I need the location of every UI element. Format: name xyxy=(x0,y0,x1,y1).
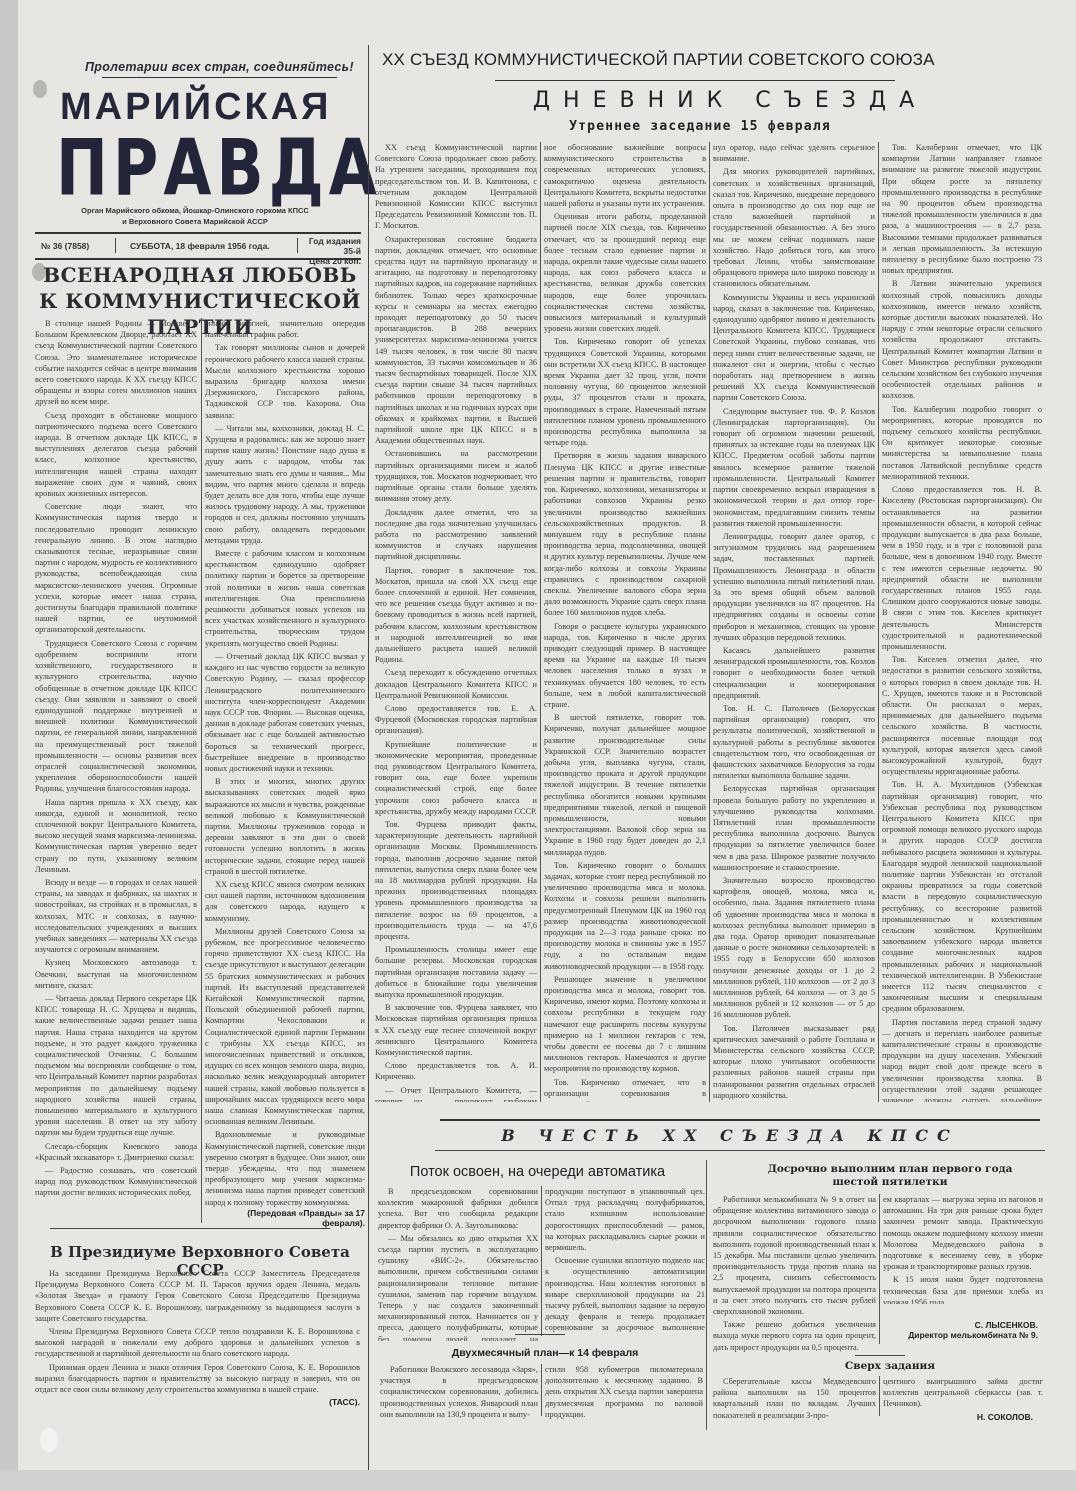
paragraph: Слово предоставляется тов. Н. В. Киселев… xyxy=(882,484,1042,652)
newspaper-title-main: ПРАВДА xyxy=(56,122,382,213)
paragraph: продукции поступают в упаковочный цех. О… xyxy=(545,1186,705,1253)
paragraph: ное обоснование важнейшие вопросы коммун… xyxy=(544,142,706,209)
congress-header-rule xyxy=(495,80,895,81)
title-line-1: Досрочно выполним план первого года xyxy=(705,1163,1075,1176)
sverh-article-title: Сверх задания xyxy=(705,1360,1075,1372)
paragraph: енной энергией, значительно опередив нам… xyxy=(205,318,365,340)
column-divider xyxy=(541,1186,542,1336)
paragraph: — Читали мы, колхозники, доклад Н. С. Хр… xyxy=(205,423,365,546)
paragraph: Вдохновляемые и руководимые Коммунистиче… xyxy=(205,1129,365,1207)
paragraph: В Латвии значительно укрепился колхозный… xyxy=(882,278,1042,401)
congress-column-2: ное обоснование важнейшие вопросы коммун… xyxy=(544,142,706,1102)
divider xyxy=(115,238,116,253)
paragraph: Коммунисты Украины и весь украинский нар… xyxy=(713,292,875,404)
issue-number: № 36 (7858) xyxy=(41,241,89,251)
potok-column-1: В предсъездовском соревновании коллектив… xyxy=(378,1186,538,1341)
column-divider xyxy=(879,1194,880,1344)
paragraph: Ленинградцы, говорит далее оратор, с энт… xyxy=(713,531,875,643)
potok-article-title: Поток освоен, на очереди автоматика xyxy=(375,1164,700,1180)
paragraph: Сберегательные кассы Медведевского район… xyxy=(713,1376,876,1421)
paragraph: Говоря о расцвете культуры украинского н… xyxy=(544,621,706,711)
column-divider xyxy=(201,318,202,1223)
paragraph: Тов. Фурцева приводит факты, характеризу… xyxy=(375,819,537,942)
sverh-column-2: центного выигрышного займа достиг коллек… xyxy=(883,1376,1043,1412)
paragraph: — Мы обязались ко дню открытия XX съезда… xyxy=(378,1233,538,1341)
paragraph: Тов. Киселев отметил далее, что недостат… xyxy=(882,654,1042,777)
presidium-article-body: На заседании Президиума Верховного Совет… xyxy=(35,1268,360,1408)
session-subtitle: Утреннее заседание 15 февраля xyxy=(490,119,910,134)
paragraph: Претворяя в жизнь задания январского Пле… xyxy=(544,450,706,618)
dvuh-column-2: стили 958 кубометров пиломатериала допол… xyxy=(545,1364,703,1424)
paragraph: XX съезд Коммунистической партии Советск… xyxy=(375,142,537,232)
paragraph: Съезд переходит к обсуждению отчетных до… xyxy=(375,667,537,701)
column-divider xyxy=(540,142,541,1102)
dosroch-column-1: Работники мелькомбината № 9 в ответ на о… xyxy=(713,1194,876,1352)
paragraph: Слово предоставляется тов. А. И. Киричен… xyxy=(375,1060,537,1082)
paragraph: Принимая орден Ленина и знаки отличия Ге… xyxy=(35,1362,360,1396)
paragraph: — Радостно сознавать, что советский наро… xyxy=(35,1165,197,1199)
column-divider xyxy=(879,1376,880,1416)
column-divider xyxy=(878,142,879,1102)
paragraph: Партия поставила перед страной задачу — … xyxy=(882,1017,1042,1102)
paragraph: Докладчик далее отметил, что за последни… xyxy=(375,507,537,563)
paragraph: Работники мелькомбината № 9 в ответ на о… xyxy=(713,1194,876,1317)
lead-article-column-1: В столице нашей Родины — Москве, в Больш… xyxy=(35,318,197,1223)
paragraph: Кузнец Московского автозавода т. Овечкин… xyxy=(35,957,197,991)
lead-title-line-1: ВСЕНАРОДНАЯ ЛЮБОВЬ xyxy=(35,262,365,288)
punch-hole-icon xyxy=(40,1428,58,1452)
paragraph: Тов. Калнберзин отмечает, что ЦК компарт… xyxy=(882,142,1042,276)
section-divider xyxy=(50,1228,330,1229)
paragraph: Тов. Н. А. Мухитдинов (Узбекская партийн… xyxy=(882,779,1042,1014)
paragraph: Значительно возросло производство картоф… xyxy=(713,875,875,1021)
year-of-publication: Год издания 35-й xyxy=(307,236,361,256)
paragraph: центного выигрышного займа достиг коллек… xyxy=(883,1376,1043,1410)
presidium-source: (ТАСС). xyxy=(35,1397,360,1408)
honor-section-banner: В ЧЕСТЬ XX СЪЕЗДА КПСС xyxy=(440,1126,1020,1145)
paragraph: К 15 июля нами будет подготовлена технич… xyxy=(883,1274,1043,1304)
page-bottom-edge xyxy=(0,1470,1076,1491)
paragraph: Всюду и везде — в городах и селах нашей … xyxy=(35,877,197,955)
issue-info-bar: № 36 (7858) СУББОТА, 18 февраля 1956 год… xyxy=(35,232,361,260)
dosroch-column-2: ем кварталах — выгрузка зерна из вагонов… xyxy=(883,1194,1043,1304)
paragraph: Слово предоставляется тов. Е. А. Фурцево… xyxy=(375,703,537,737)
paragraph: Следующим выступает тов. Ф. Р. Козлов (Л… xyxy=(713,406,875,529)
paragraph: — Отчет Центрального Комитета, — говорит… xyxy=(375,1085,537,1102)
congress-column-4: Тов. Калнберзин отмечает, что ЦК компарт… xyxy=(882,142,1042,1102)
masthead-organ: Орган Марийского обкома, Йошкар-Олинског… xyxy=(70,205,320,227)
paragraph: — Читаешь доклад Первого секретаря ЦК КП… xyxy=(35,993,197,1139)
potok-column-2: продукции поступают в упаковочный цех. О… xyxy=(545,1186,705,1336)
paragraph: В шестой пятилетке, говорит тов. Киричен… xyxy=(544,712,706,858)
paragraph: Также решено добиться увеличения выхода … xyxy=(713,1319,876,1352)
punch-hole-icon xyxy=(33,80,47,98)
lead-article-column-2: енной энергией, значительно опередив нам… xyxy=(205,318,365,1208)
paragraph: Трудящиеся Советского Союза с горячим од… xyxy=(35,638,197,795)
congress-column-1: XX съезд Коммунистической партии Советск… xyxy=(375,142,537,1102)
paragraph: Решающее значение в увеличении производс… xyxy=(544,974,706,1075)
organ-line-2: и Верховного Совета Марийской АССР xyxy=(70,216,320,227)
dosroch-article-title: Досрочно выполним план первого года шест… xyxy=(705,1163,1075,1189)
paragraph: Касаясь дальнейшего развития ленинградск… xyxy=(713,645,875,701)
main-section-divider xyxy=(368,45,369,1470)
divider xyxy=(297,238,298,253)
sverh-column-1: Сберегательные кассы Медведевского район… xyxy=(713,1376,876,1424)
paragraph: Тов. Патоличев высказывает ряд критическ… xyxy=(713,1023,875,1101)
paragraph: Работники Волжского лесозавода «Заря», у… xyxy=(380,1364,538,1420)
author-title: Директор мелькомбината № 9. xyxy=(883,1330,1038,1340)
column-divider xyxy=(541,1364,542,1416)
congress-column-3: нул оратор, надо сейчас уделить серьезно… xyxy=(713,142,875,1102)
paragraph: Оценивая итоги работы, проделанной парти… xyxy=(544,211,706,334)
paragraph: XX съезд КПСС явился смотром великих сил… xyxy=(205,879,365,924)
title-line-2: шестой пятилетки xyxy=(705,1176,1075,1189)
congress-header: XX СЪЕЗД КОММУНИСТИЧЕСКОЙ ПАРТИИ СОВЕТСК… xyxy=(382,50,1062,70)
banner-underline xyxy=(435,1150,1045,1151)
dvuh-article-title: Двухмесячный план—к 14 февраля xyxy=(380,1347,710,1359)
page-binding-margin xyxy=(0,0,18,1491)
paragraph: Остановившись на рассмотрении партийных … xyxy=(375,448,537,504)
paragraph: Партия, говорит в заключение тов. Москат… xyxy=(375,565,537,666)
paragraph: Охарактеризовав состояние бюджета партии… xyxy=(375,234,537,447)
column-divider xyxy=(706,1160,707,1430)
paragraph: В этих и многих, многих других высказыва… xyxy=(205,776,365,877)
paragraph: Так говорят миллионы сынов и дочерей гер… xyxy=(205,342,365,420)
paragraph: Советские люди знают, что Коммунистическ… xyxy=(35,501,197,635)
dosroch-signature-block: С. ЛЫСЕНКОВ. Директор мелькомбината № 9. xyxy=(883,1320,1038,1340)
diary-title: ДНЕВНИК СЪЕЗДА xyxy=(490,88,970,113)
paragraph: — Отчетный доклад ЦК КПСС вызвал у каждо… xyxy=(205,651,365,774)
paragraph: Промышленность столицы имеет еще большие… xyxy=(375,944,537,1000)
paragraph: Освоение сушилки вплотную подвело нас к … xyxy=(545,1255,705,1336)
motto-underline xyxy=(102,77,337,78)
lead-article-source: (Передовая «Правды» за 17 февраля). xyxy=(205,1208,365,1228)
paragraph: Тов. Кириченко говорит о больших задачах… xyxy=(544,860,706,972)
masthead-motto: Пролетарии всех стран, соединяйтесь! xyxy=(85,60,354,74)
paragraph: нул оратор, надо сейчас уделить серьезно… xyxy=(713,142,875,164)
paragraph: Члены Президиума Верховного Совета СССР … xyxy=(35,1326,360,1360)
short-divider xyxy=(515,1334,565,1335)
paragraph: На заседании Президиума Верховного Совет… xyxy=(35,1268,360,1324)
paragraph: Тов. Кириченко говорит об успехах трудящ… xyxy=(544,336,706,448)
paragraph: Тов. Кириченко отмечает, что в организац… xyxy=(544,1077,706,1102)
organ-line-1: Орган Марийского обкома, Йошкар-Олинског… xyxy=(70,205,320,216)
paragraph: Вместе с рабочим классом и колхозным кре… xyxy=(205,548,365,649)
author-signature: С. ЛЫСЕНКОВ. xyxy=(883,1320,1038,1330)
paragraph: Для многих руководителей партийных, сове… xyxy=(713,166,875,289)
paragraph: Белорусская партийная организация провел… xyxy=(713,783,875,873)
paragraph: Крупнейшие политические и экономические … xyxy=(375,739,537,817)
paragraph: Наша партия пришла к XX съезду, как нико… xyxy=(35,797,197,875)
paragraph: В заключение тов. Фурцева заявляет, что … xyxy=(375,1002,537,1058)
paragraph: Тов. Н. С. Патоличев (Белорусская партий… xyxy=(713,703,875,781)
paragraph: Съезд проходит в обстановке мощного патр… xyxy=(35,410,197,500)
paragraph: В столице нашей Родины — Москве, в Больш… xyxy=(35,318,197,408)
dvuh-column-1: Работники Волжского лесозавода «Заря», у… xyxy=(380,1364,538,1424)
paragraph: стили 958 кубометров пиломатериала допол… xyxy=(545,1364,703,1420)
paragraph: Слесарь-сборщик Киевского завода «Красны… xyxy=(35,1141,197,1163)
paragraph: Миллионы друзей Советского Союза за рубе… xyxy=(205,926,365,1128)
decorative-rule xyxy=(440,1119,1040,1121)
sverh-signature: Н. СОКОЛОВ. xyxy=(883,1412,1033,1422)
column-divider xyxy=(709,142,710,1102)
issue-date: СУББОТА, 18 февраля 1956 года. xyxy=(130,241,270,251)
paragraph: Тов. Калнберзин подробно говорит о мероп… xyxy=(882,404,1042,482)
paragraph: ем кварталах — выгрузка зерна из вагонов… xyxy=(883,1194,1043,1272)
short-divider xyxy=(855,1355,905,1356)
paragraph: В предсъездовском соревновании коллектив… xyxy=(378,1186,538,1231)
